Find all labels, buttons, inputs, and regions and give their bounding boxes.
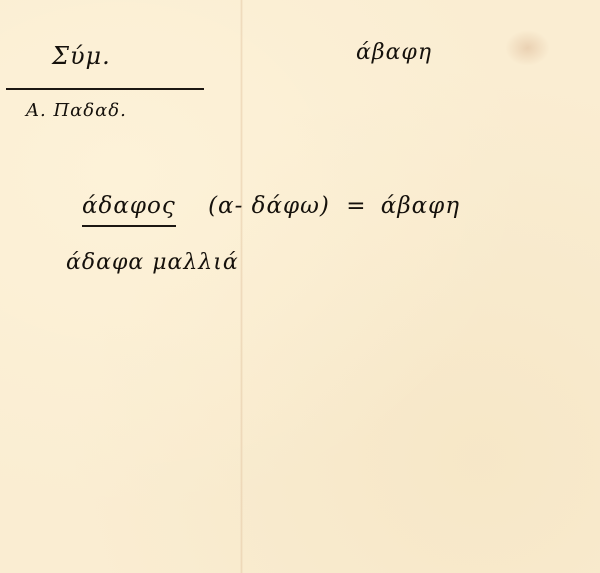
headword: άδαφος bbox=[82, 193, 176, 227]
etymology: (α- δάφω) bbox=[208, 193, 330, 219]
equals-sign: = bbox=[346, 193, 366, 219]
gloss: άβαφη bbox=[381, 193, 460, 219]
entry-line: άδαφος (α- δάφω) = άβαφη bbox=[82, 193, 460, 219]
index-card: Σύμ. Α. Παδαδ. άβαφη άδαφος (α- δάφω) = … bbox=[0, 0, 600, 573]
header-rule bbox=[6, 88, 204, 90]
cross-reference: άβαφη bbox=[356, 40, 432, 65]
author-abbreviation: Α. Παδαδ. bbox=[26, 100, 127, 121]
usage-example: άδαφα μαλλιά bbox=[66, 250, 239, 275]
ink-smudge bbox=[505, 30, 550, 66]
source-abbreviation: Σύμ. bbox=[52, 42, 111, 70]
paper-fold-line bbox=[240, 0, 243, 573]
